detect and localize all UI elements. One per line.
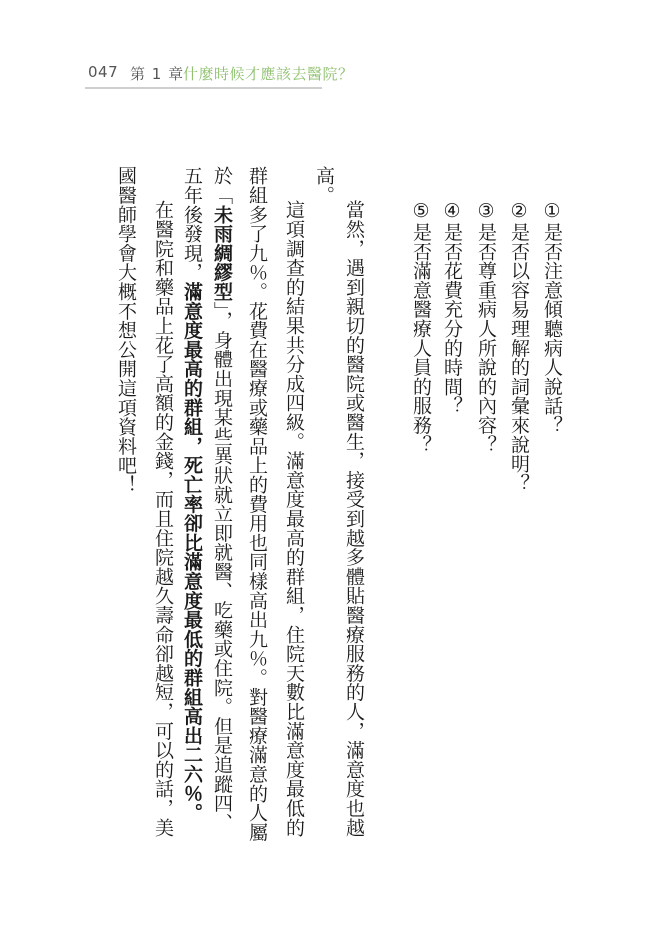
paragraph-2-line-2: 群組多了九％。花費在醫療或藥品上的費用也同樣高出九％。對醫療滿意的人屬 (245, 166, 269, 842)
emphasis-finding: 滿意度最高的群組，死亡率卻比滿意度最低的群組高出二六％。 (181, 282, 203, 822)
list-text: 是否滿意醫療人員的服務？ (410, 222, 432, 454)
list-text: 是否注意傾聽病人說話？ (541, 222, 563, 434)
list-item-5: ⑤是否滿意醫療人員的服務？ (409, 200, 433, 454)
list-text: 是否花費充分的時間？ (441, 222, 463, 415)
list-text: 是否以容易理解的詞彙來說明？ (508, 222, 530, 492)
text-run: 於「 (211, 166, 233, 205)
list-item-2: ②是否以容易理解的詞彙來說明？ (507, 200, 531, 493)
list-marker: ② (508, 200, 530, 222)
chapter-title: 什麼時候才應該去醫院？ (183, 63, 354, 84)
list-item-3: ③是否尊重病人所說的內容？ (474, 200, 498, 454)
paragraph-2-line-3: 於「未雨綢繆型」，身體出現某些異狀就立即就醫、吃藥或住院。但是追蹤四、 (210, 166, 234, 832)
paragraph-2-line-4: 五年後發現，滿意度最高的群組，死亡率卻比滿意度最低的群組高出二六％。 (180, 166, 204, 822)
paragraph-1-line-2: 高。 (312, 166, 336, 205)
list-item-4: ④是否花費充分的時間？ (440, 200, 464, 415)
paragraph-1-line-1: 當然，遇到親切的醫院或醫生，接受到越多體貼醫療服務的人，滿意度也越 (342, 200, 366, 837)
paragraph-3-line-1: 在醫院和藥品上花了高額的金錢，而且住院越久壽命卻越短，可以的話，美 (151, 200, 175, 837)
text-run: 五年後發現， (181, 166, 203, 282)
header-divider (85, 87, 322, 89)
list-item-1: ①是否注意傾聽病人說話？ (540, 200, 564, 435)
list-marker: ⑤ (410, 200, 432, 222)
list-marker: ① (541, 200, 563, 222)
paragraph-2-line-1: 這項調查的結果共分成四級。滿意度最高的群組，住院天數比滿意度最低的 (282, 200, 306, 837)
list-text: 是否尊重病人所說的內容？ (475, 222, 497, 454)
emphasis-term: 未雨綢繆型 (211, 205, 233, 302)
page-number: 047 (88, 63, 118, 81)
paragraph-3-line-2: 國醫師學會大概不想公開這項資料吧！ (114, 166, 138, 494)
chapter-label: 第 1 章 (130, 63, 184, 84)
list-marker: ④ (441, 200, 463, 222)
text-run: 」，身體出現某些異狀就立即就醫、吃藥或住院。但是追蹤四、 (211, 301, 233, 832)
list-marker: ③ (475, 200, 497, 222)
